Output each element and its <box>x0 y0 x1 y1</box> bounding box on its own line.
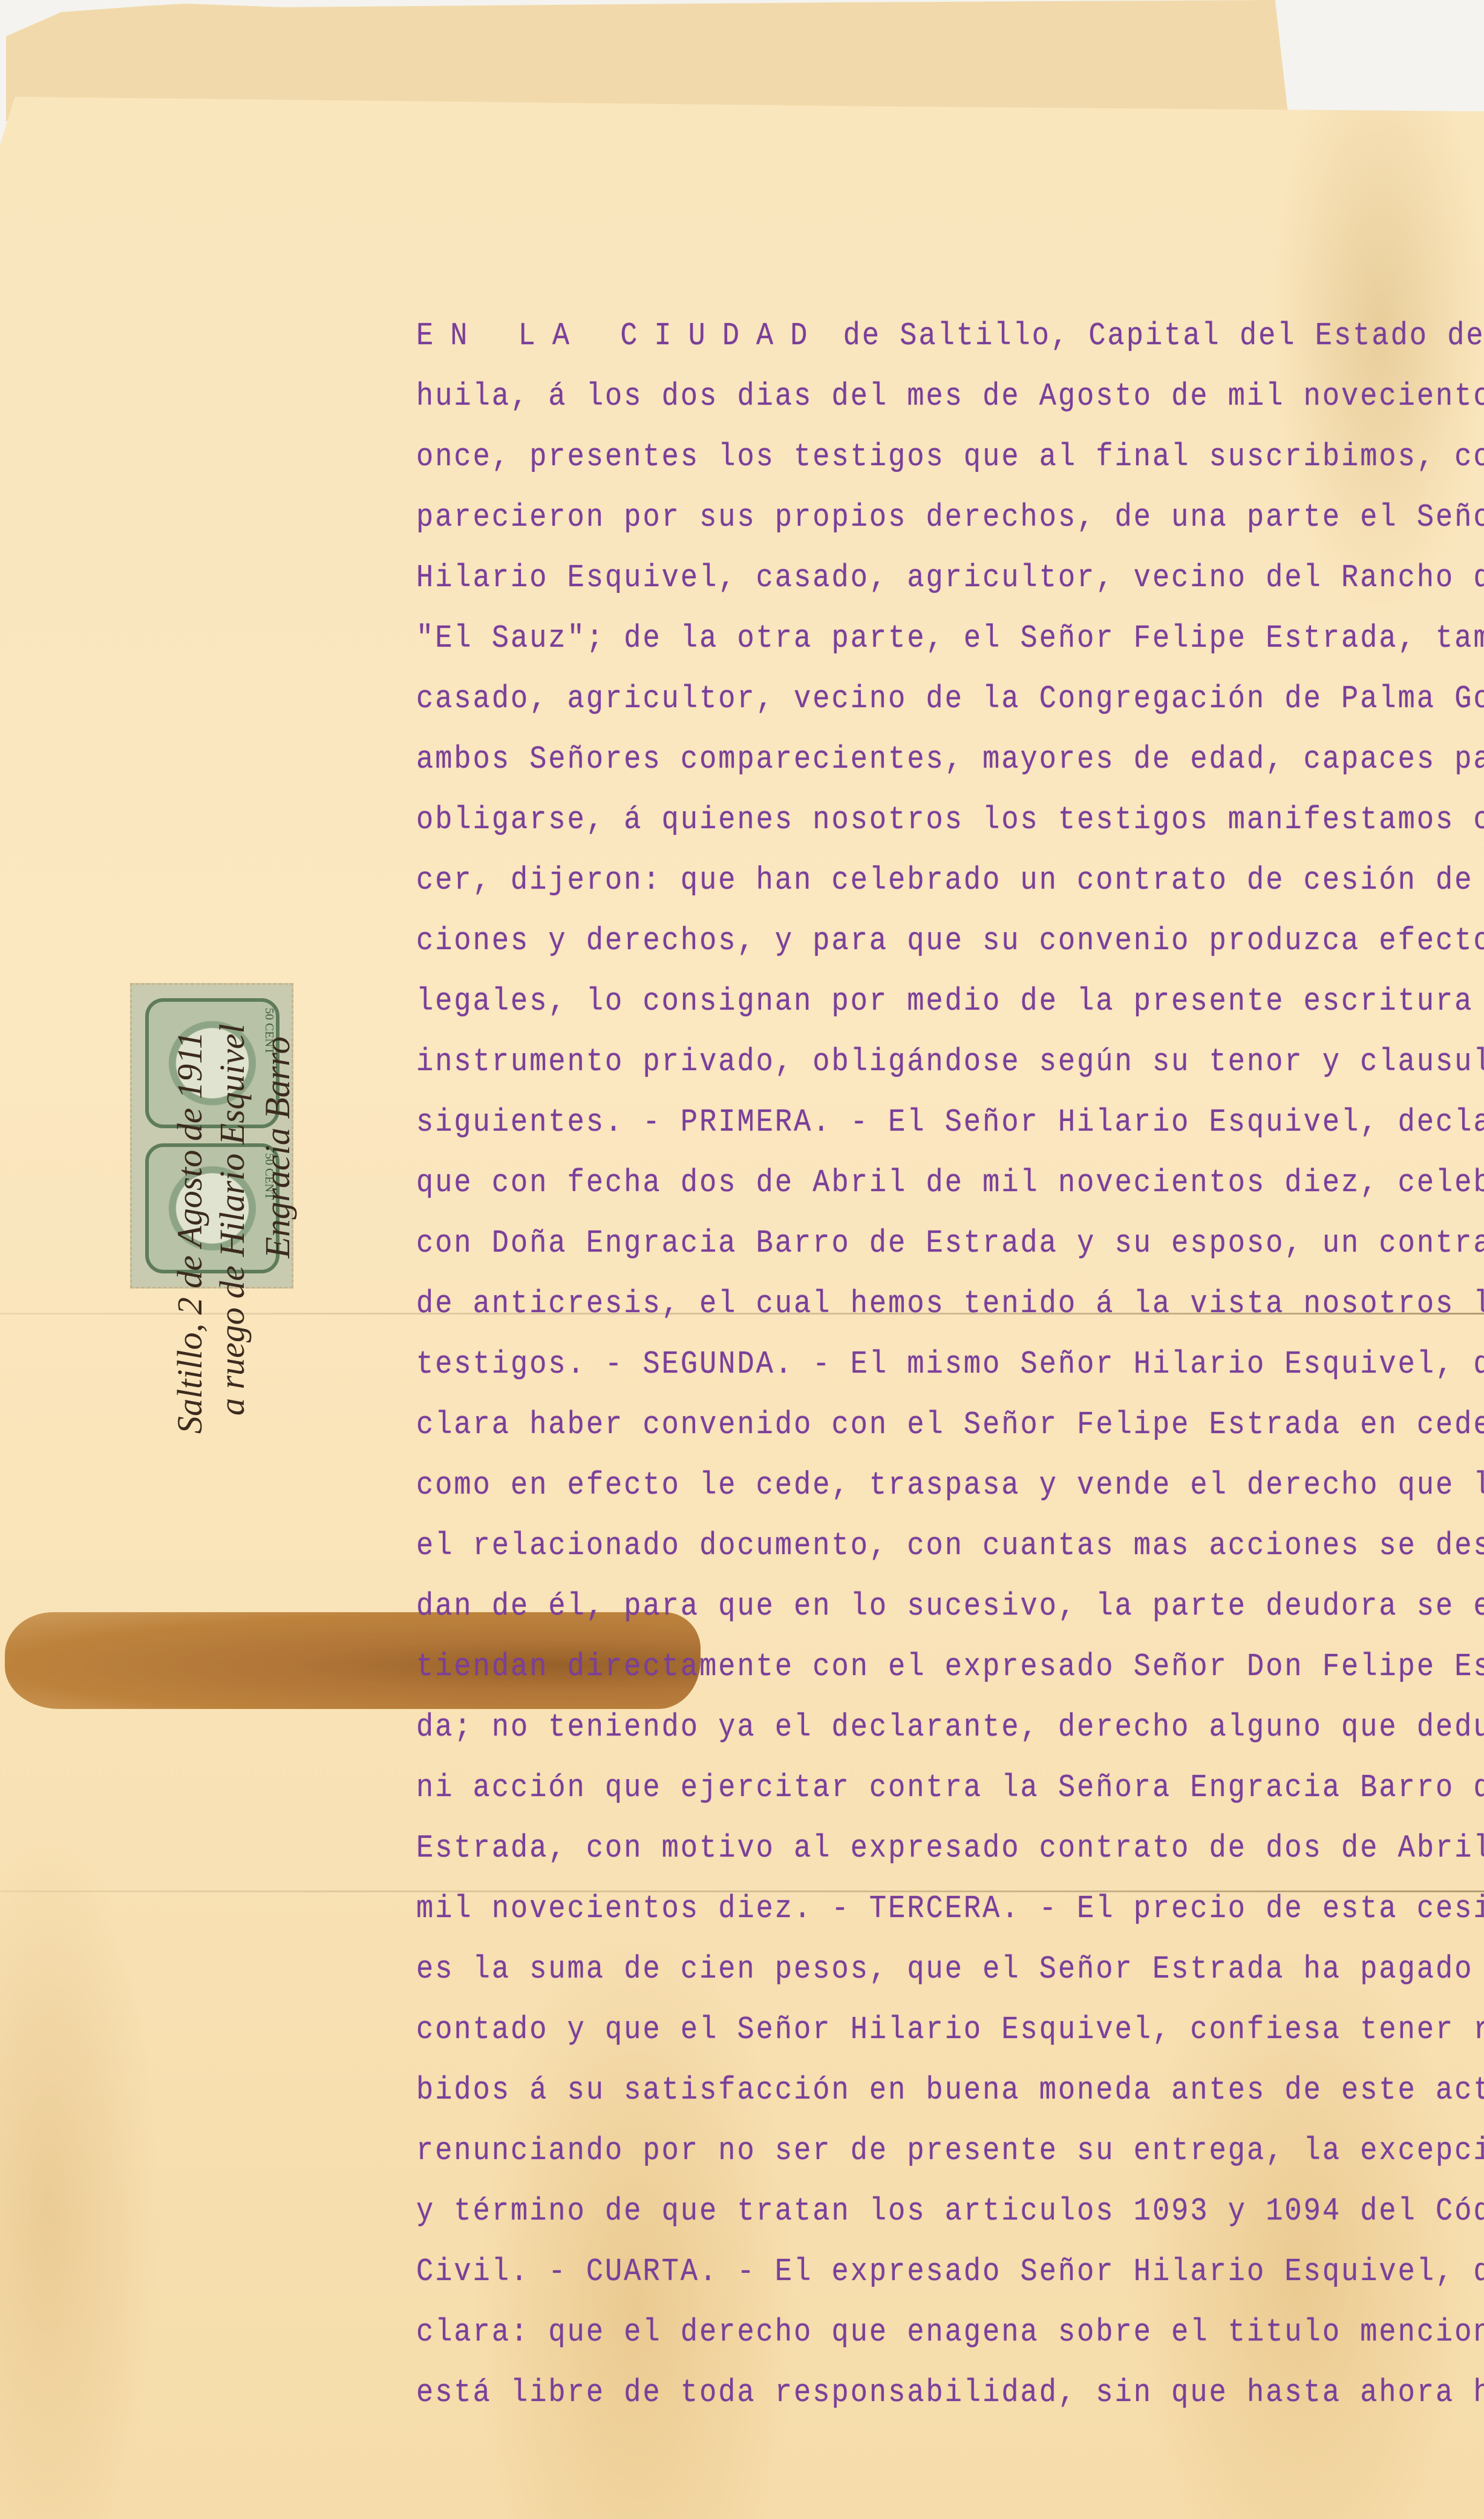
text-line: está libre de toda responsabilidad, sin … <box>416 2377 1484 2410</box>
opening-caps: EN LA CIUDAD <box>416 319 824 354</box>
handwritten-signature: Engracia Barro <box>257 1036 298 1258</box>
text-line: clara haber convenido con el Señor Felip… <box>416 1410 1484 1442</box>
text-line: cer, dijeron: que han celebrado un contr… <box>416 865 1484 897</box>
text-line: que con fecha dos de Abril de mil noveci… <box>416 1168 1484 1200</box>
text-line: obligarse, á quienes nosotros los testig… <box>416 805 1484 837</box>
clause-primera-line: siguientes. - PRIMERA. - El Señor Hilari… <box>416 1107 1484 1139</box>
handwritten-date: Saltillo, 2 de Agosto de 1911 <box>169 1031 210 1434</box>
handwritten-proxy-note: a ruego de Hilario Esquivel <box>212 1024 252 1416</box>
text-line: clara: que el derecho que enagena sobre … <box>416 2317 1484 2349</box>
text-line: contado y que el Señor Hilario Esquivel,… <box>416 2014 1484 2047</box>
text-line: instrumento privado, obligándose según s… <box>416 1047 1484 1079</box>
text-line: tiendan directamente con el expresado Se… <box>416 1652 1484 1684</box>
text-line: huila, á los dos dias del mes de Agosto … <box>416 381 1484 413</box>
text-line: es la suma de cien pesos, que el Señor E… <box>416 1954 1484 1986</box>
text-line: casado, agricultor, vecino de la Congreg… <box>416 684 1484 716</box>
text-line: Estrada, con motivo al expresado contrat… <box>416 1833 1484 1865</box>
text-line: con Doña Engracia Barro de Estrada y su … <box>416 1228 1484 1260</box>
clause-cuarta-line: Civil. - CUARTA. - El expresado Señor Hi… <box>416 2256 1484 2289</box>
text-line: legales, lo consignan por medio de la pr… <box>416 986 1484 1018</box>
text-line: el relacionado documento, con cuantas ma… <box>416 1531 1484 1563</box>
text-line: como en efecto le cede, traspasa y vende… <box>416 1470 1484 1502</box>
text-line: de anticresis, el cual hemos tenido á la… <box>416 1289 1484 1321</box>
text-line: renunciando por no ser de presente su en… <box>416 2135 1484 2168</box>
text-line: bidos á su satisfacción en buena moneda … <box>416 2075 1484 2107</box>
text-line: ni acción que ejercitar contra la Señora… <box>416 1772 1484 1805</box>
text-line: parecieron por sus propios derechos, de … <box>416 502 1484 534</box>
text-line: dan de él, para que en lo sucesivo, la p… <box>416 1591 1484 1623</box>
clause-tercera-line: mil novecientos diez. - TERCERA. - El pr… <box>416 1893 1484 1926</box>
text-line: "El Sauz"; de la otra parte, el Señor Fe… <box>416 623 1484 655</box>
text-line: Hilario Esquivel, casado, agricultor, ve… <box>416 563 1484 595</box>
text-line: ambos Señores comparecientes, mayores de… <box>416 744 1484 776</box>
margin-annotation: Saltillo, 2 de Agosto de 1911 a ruego de… <box>151 774 309 1440</box>
text-line: once, presentes los testigos que al fina… <box>416 442 1484 474</box>
text-line: EN LA CIUDAD de Saltillo, Capital del Es… <box>416 321 1484 353</box>
text-line: y término de que tratan los articulos 10… <box>416 2196 1484 2228</box>
text-line: da; no teniendo ya el declarante, derech… <box>416 1712 1484 1744</box>
text-line: ciones y derechos, y para que su conveni… <box>416 926 1484 958</box>
text-span: de Saltillo, Capital del Estado de C <box>824 319 1484 354</box>
clause-segunda-line: testigos. - SEGUNDA. - El mismo Señor Hi… <box>416 1349 1484 1381</box>
